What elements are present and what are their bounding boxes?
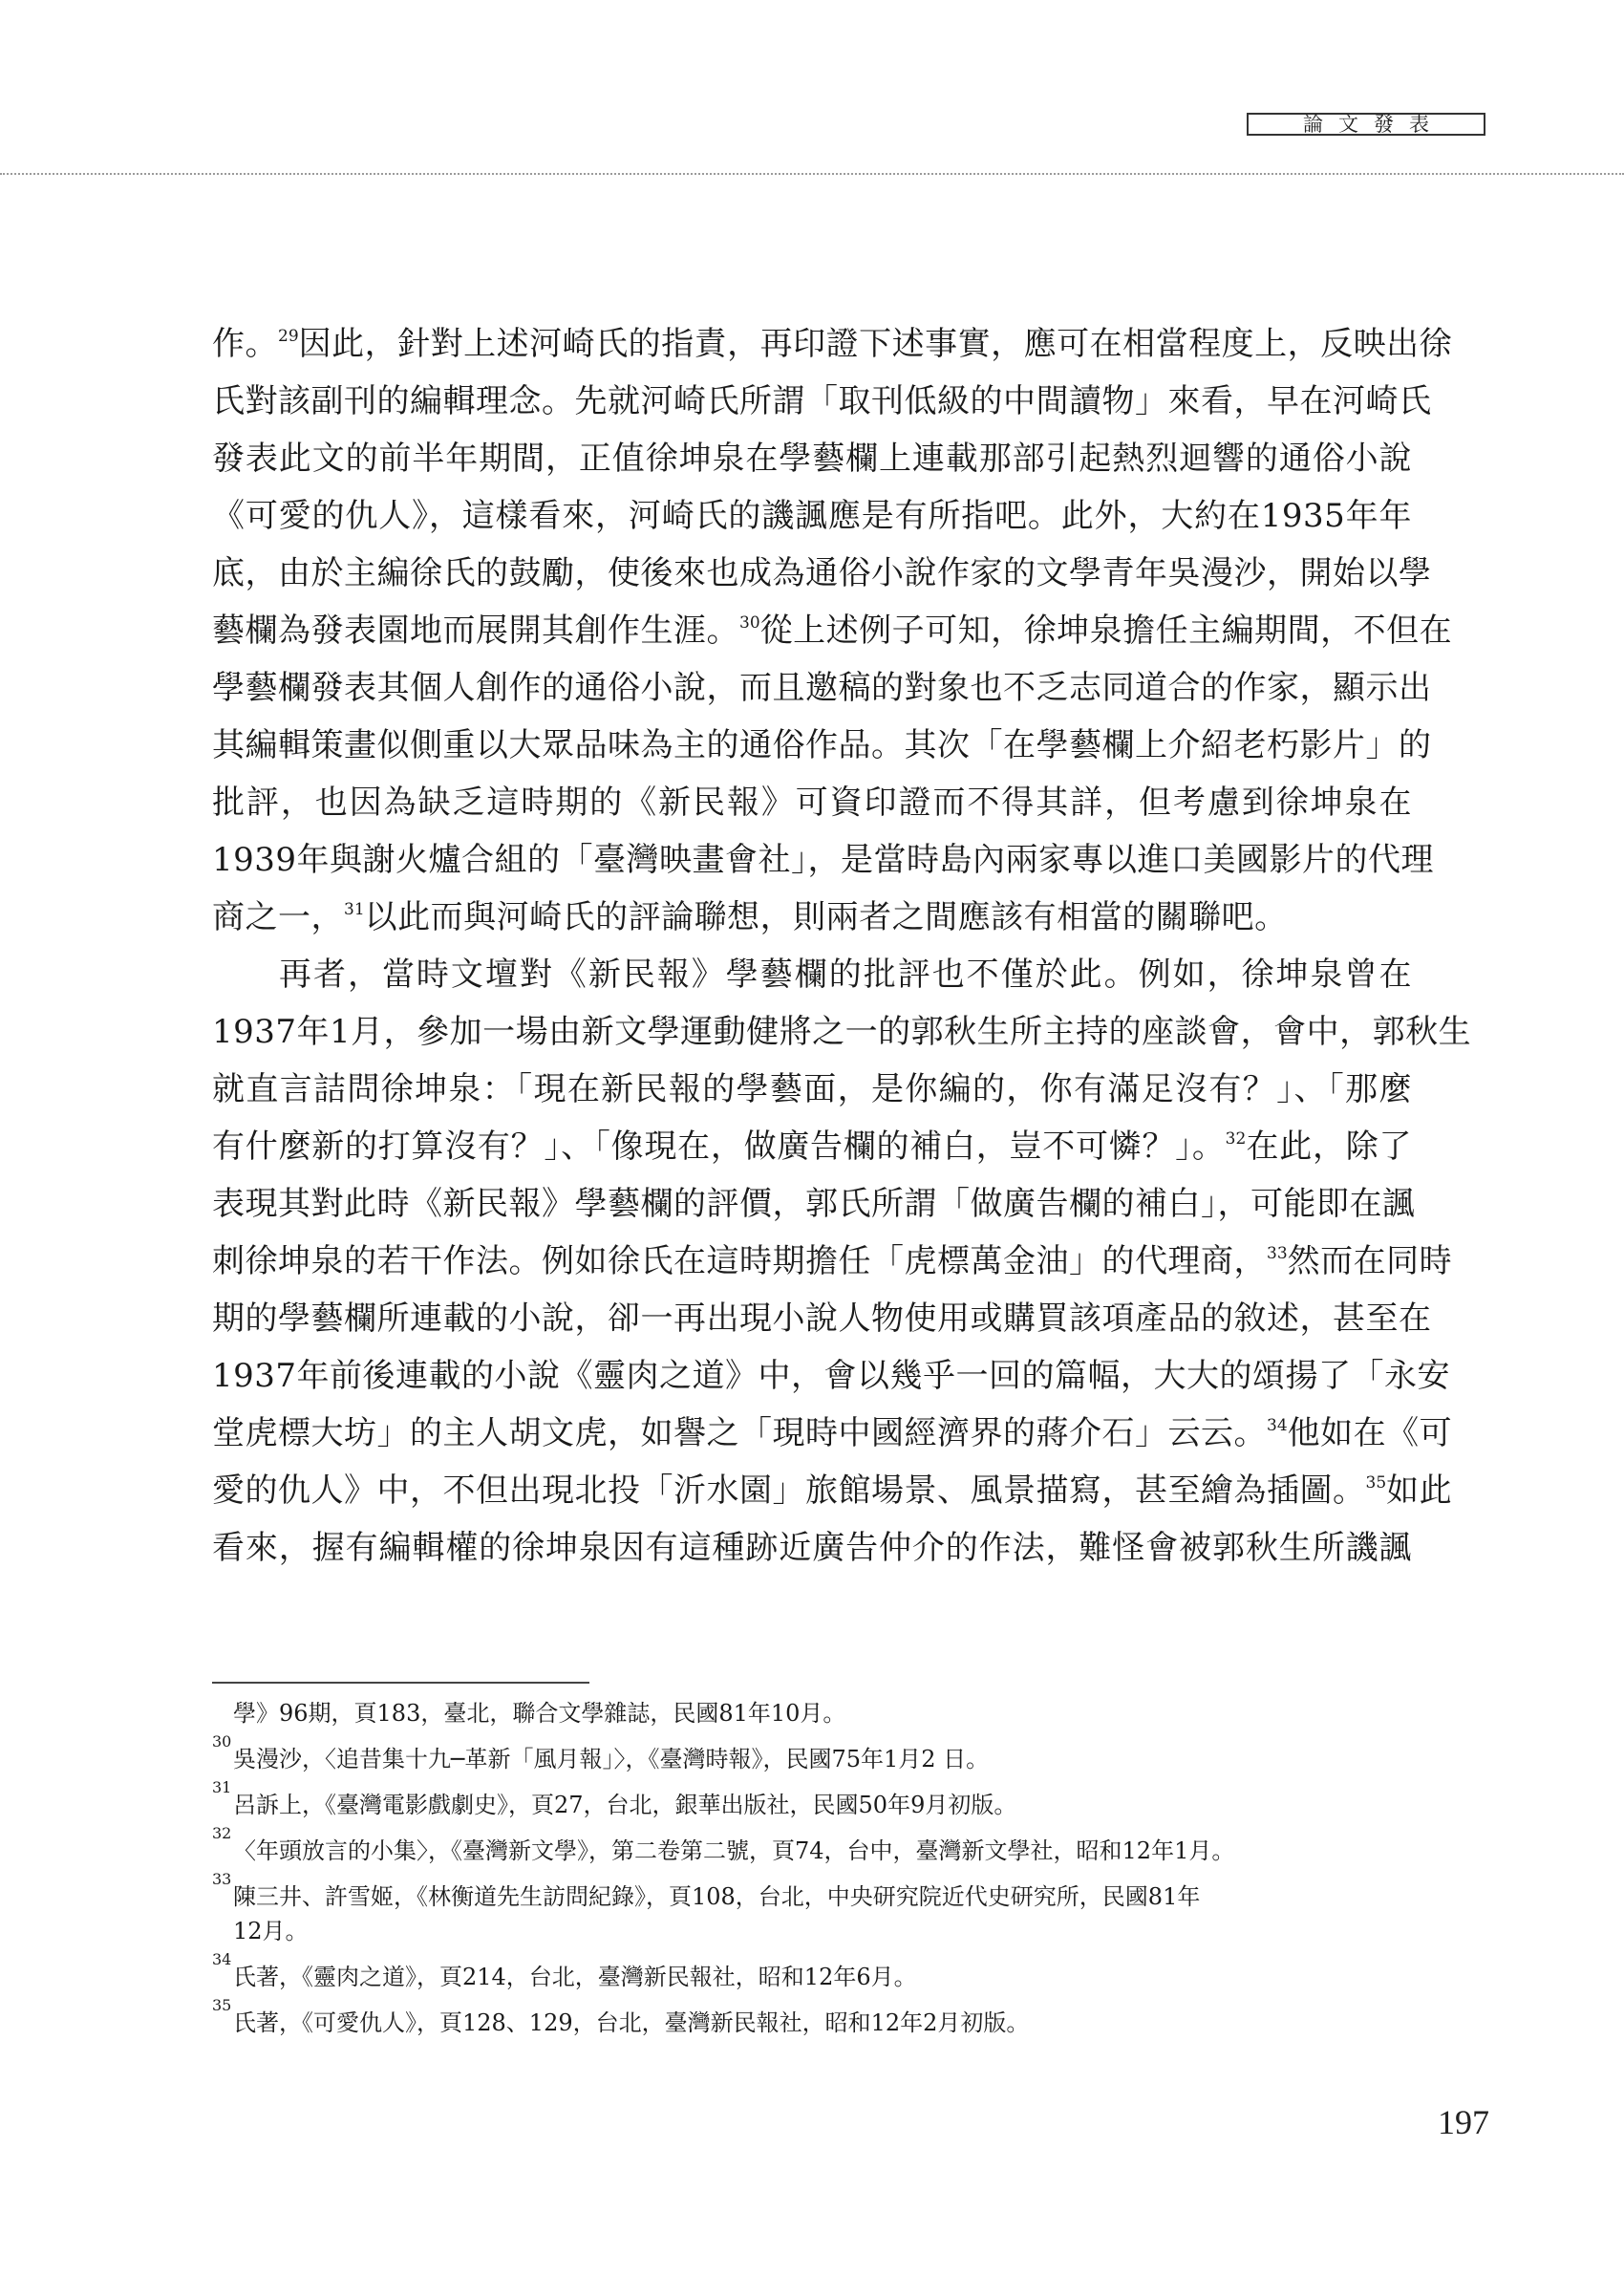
body-line: 作。29因此，針對上述河崎氏的指責，再印證下述事實，應可在相當程度上，反映出徐 xyxy=(212,315,1412,373)
footnote-number: 35 xyxy=(212,1996,231,2015)
header-divider xyxy=(0,173,1624,175)
footnote-ref[interactable]: 33 xyxy=(1267,1244,1288,1263)
footnote-34: 34 氏著，《靈肉之道》，頁214，台北，臺灣新民報社，昭和12年6月。 xyxy=(212,1960,1416,1994)
line-text: 在此，除了 xyxy=(1246,1128,1412,1166)
line-text: 1937年前後連載的小說《靈肉之道》中，會以幾乎一回的篇幅，大大的頌揚了「永安 xyxy=(212,1357,1450,1395)
body-line: 就直言詰問徐坤泉：「現在新民報的學藝面，是你編的，你有滿足沒有？」、「那麼 xyxy=(212,1061,1412,1118)
line-text: 表現其對此時《新民報》學藝欄的評價，郭氏所謂「做廣告欄的補白」，可能即在諷 xyxy=(212,1185,1416,1223)
footnote-ref[interactable]: 29 xyxy=(278,327,299,346)
footnote-35: 35 氏著，《可愛仇人》，頁128、129，台北，臺灣新民報社，昭和12年2月初… xyxy=(212,2006,1416,2040)
footnote-ref[interactable]: 35 xyxy=(1366,1473,1387,1493)
footnote-ref[interactable]: 30 xyxy=(739,613,760,633)
footnote-ref[interactable]: 34 xyxy=(1267,1416,1288,1435)
footnote-text: 氏著，《可愛仇人》，頁128、129，台北，臺灣新民報社，昭和12年2月初版。 xyxy=(233,2009,1029,2036)
line-text: 他如在《可 xyxy=(1288,1414,1453,1452)
line-text: 藝欄為發表園地而展開其創作生涯。 xyxy=(212,612,739,650)
body-line: 表現其對此時《新民報》學藝欄的評價，郭氏所謂「做廣告欄的補白」，可能即在諷 xyxy=(212,1175,1412,1233)
footnote-30: 30 吳漫沙，〈追昔集十九─革新「風月報」〉，《臺灣時報》，民國75年1月2 日… xyxy=(212,1742,1416,1776)
footnote-33: 33 陳三井、許雪姬，《林衡道先生訪問紀錄》，頁108，台北，中央研究院近代史研… xyxy=(212,1880,1416,1948)
body-line: 期的學藝欄所連載的小說，卻一再出現小說人物使用或購買該項產品的敘述，甚至在 xyxy=(212,1290,1412,1347)
body-line: 發表此文的前半年期間，正值徐坤泉在學藝欄上連載那部引起熱烈迴響的通俗小說 xyxy=(212,430,1412,487)
body-text: 作。29因此，針對上述河崎氏的指責，再印證下述事實，應可在相當程度上，反映出徐 … xyxy=(212,315,1412,1577)
line-text: 批評，也因為缺乏這時期的《新民報》可資印證而不得其詳，但考慮到徐坤泉在 xyxy=(212,784,1412,822)
line-text: 其編輯策畫似側重以大眾品味為主的通俗作品。其次「在學藝欄上介紹老朽影片」的 xyxy=(212,726,1432,764)
body-line: 商之一，31以此而與河崎氏的評論聯想，則兩者之間應該有相當的關聯吧。 xyxy=(212,889,1412,946)
body-line: 底，由於主編徐氏的鼓勵，使後來也成為通俗小說作家的文學青年吳漫沙，開始以學 xyxy=(212,545,1412,602)
footnote-divider xyxy=(212,1682,589,1684)
footnotes: 學》96期，頁183，臺北，聯合文學雜誌，民國81年10月。 30 吳漫沙，〈追… xyxy=(212,1696,1416,2051)
footnote-text-continued: 12月。 xyxy=(233,1914,1416,1948)
footnote-text: 陳三井、許雪姬，《林衡道先生訪問紀錄》，頁108，台北，中央研究院近代史研究所，… xyxy=(233,1883,1200,1910)
body-line: 1939年與謝火爐合組的「臺灣映畫會社」，是當時島內兩家專以進口美國影片的代理 xyxy=(212,831,1412,889)
footnote-text: 呂訴上，《臺灣電影戲劇史》，頁27，台北，銀華出版社，民國50年9月初版。 xyxy=(233,1792,1016,1818)
footnote-number: 31 xyxy=(212,1778,231,1797)
line-text: 看來，握有編輯權的徐坤泉因有這種跡近廣告仲介的作法，難怪會被郭秋生所譏諷 xyxy=(212,1529,1412,1567)
footnote-text: 氏著，《靈肉之道》，頁214，台北，臺灣新民報社，昭和12年6月。 xyxy=(233,1964,917,1990)
body-line: 學藝欄發表其個人創作的通俗小說，而且邀稿的對象也不乏志同道合的作家，顯示出 xyxy=(212,659,1412,717)
line-text: 堂虎標大坊」的主人胡文虎，如譽之「現時中國經濟界的蔣介石」云云。 xyxy=(212,1414,1267,1452)
body-line: 愛的仇人》中，不但出現北投「沂水園」旅館場景、風景描寫，甚至繪為插圖。35如此 xyxy=(212,1462,1412,1519)
line-text: 如此 xyxy=(1386,1471,1452,1510)
body-line: 氏對該副刊的編輯理念。先就河崎氏所謂「取刊低級的中間讀物」來看，早在河崎氏 xyxy=(212,373,1412,430)
section-tag: 論文發表 xyxy=(1247,113,1485,136)
body-line: 藝欄為發表園地而展開其創作生涯。30從上述例子可知，徐坤泉擔任主編期間，不但在 xyxy=(212,602,1412,659)
body-line: 刺徐坤泉的若干作法。例如徐氏在這時期擔任「虎標萬金油」的代理商，33然而在同時 xyxy=(212,1233,1412,1290)
footnote-number: 32 xyxy=(212,1824,231,1843)
line-text: 《可愛的仇人》，這樣看來，河崎氏的譏諷應是有所指吧。此外，大約在1935年年 xyxy=(212,497,1412,535)
footnote-text: 學》96期，頁183，臺北，聯合文學雜誌，民國81年10月。 xyxy=(233,1700,845,1727)
footnote-31: 31 呂訴上，《臺灣電影戲劇史》，頁27，台北，銀華出版社，民國50年9月初版。 xyxy=(212,1788,1416,1822)
body-line: 其編輯策畫似側重以大眾品味為主的通俗作品。其次「在學藝欄上介紹老朽影片」的 xyxy=(212,717,1412,774)
line-text: 氏對該副刊的編輯理念。先就河崎氏所謂「取刊低級的中間讀物」來看，早在河崎氏 xyxy=(212,382,1432,420)
body-line: 1937年1月，參加一場由新文學運動健將之一的郭秋生所主持的座談會，會中，郭秋生 xyxy=(212,1003,1412,1061)
line-text: 從上述例子可知，徐坤泉擔任主編期間，不但在 xyxy=(760,612,1453,650)
line-text: 然而在同時 xyxy=(1288,1242,1453,1280)
footnote-number: 34 xyxy=(212,1950,231,1969)
footnote-text: 〈年頭放言的小集〉，《臺灣新文學》，第二卷第二號，頁74，台中，臺灣新文學社，昭… xyxy=(233,1837,1234,1864)
footnote-number: 30 xyxy=(212,1732,231,1751)
footnote-ref[interactable]: 32 xyxy=(1226,1129,1247,1149)
line-text: 再者，當時文壇對《新民報》學藝欄的批評也不僅於此。例如，徐坤泉曾在 xyxy=(279,956,1412,994)
line-text: 以此而與河崎氏的評論聯想，則兩者之間應該有相當的關聯吧。 xyxy=(365,898,1288,936)
body-line: 《可愛的仇人》，這樣看來，河崎氏的譏諷應是有所指吧。此外，大約在1935年年 xyxy=(212,487,1412,545)
body-line: 堂虎標大坊」的主人胡文虎，如譽之「現時中國經濟界的蔣介石」云云。34他如在《可 xyxy=(212,1405,1412,1462)
line-text: 學藝欄發表其個人創作的通俗小說，而且邀稿的對象也不乏志同道合的作家，顯示出 xyxy=(212,669,1432,707)
body-line: 看來，握有編輯權的徐坤泉因有這種跡近廣告仲介的作法，難怪會被郭秋生所譏諷 xyxy=(212,1519,1412,1577)
paragraph-start-line: 再者，當時文壇對《新民報》學藝欄的批評也不僅於此。例如，徐坤泉曾在 xyxy=(212,946,1412,1003)
body-line: 1937年前後連載的小說《靈肉之道》中，會以幾乎一回的篇幅，大大的頌揚了「永安 xyxy=(212,1347,1412,1405)
footnote-number: 33 xyxy=(212,1870,231,1889)
line-text: 1937年1月，參加一場由新文學運動健將之一的郭秋生所主持的座談會，會中，郭秋生 xyxy=(212,1013,1471,1051)
line-text: 1939年與謝火爐合組的「臺灣映畫會社」，是當時島內兩家專以進口美國影片的代理 xyxy=(212,841,1434,879)
body-line: 批評，也因為缺乏這時期的《新民報》可資印證而不得其詳，但考慮到徐坤泉在 xyxy=(212,774,1412,831)
footnote-continued: 學》96期，頁183，臺北，聯合文學雜誌，民國81年10月。 xyxy=(212,1696,1416,1730)
line-text: 發表此文的前半年期間，正值徐坤泉在學藝欄上連載那部引起熱烈迴響的通俗小說 xyxy=(212,440,1412,478)
page-number: 197 xyxy=(1438,2102,1489,2142)
line-text: 底，由於主編徐氏的鼓勵，使後來也成為通俗小說作家的文學青年吳漫沙，開始以學 xyxy=(212,554,1432,592)
line-text: 刺徐坤泉的若干作法。例如徐氏在這時期擔任「虎標萬金油」的代理商， xyxy=(212,1242,1267,1280)
line-text: 就直言詰問徐坤泉：「現在新民報的學藝面，是你編的，你有滿足沒有？」、「那麼 xyxy=(212,1070,1412,1108)
footnote-ref[interactable]: 31 xyxy=(344,900,365,919)
line-text: 商之一， xyxy=(212,898,344,936)
footnote-32: 32 〈年頭放言的小集〉，《臺灣新文學》，第二卷第二號，頁74，台中，臺灣新文學… xyxy=(212,1834,1416,1868)
line-text: 因此，針對上述河崎氏的指責，再印證下述事實，應可在相當程度上，反映出徐 xyxy=(299,325,1453,363)
line-text: 期的學藝欄所連載的小說，卻一再出現小說人物使用或購買該項產品的敘述，甚至在 xyxy=(212,1300,1432,1338)
line-text: 作。 xyxy=(212,325,278,363)
line-text: 愛的仇人》中，不但出現北投「沂水園」旅館場景、風景描寫，甚至繪為插圖。 xyxy=(212,1471,1366,1510)
body-line: 有什麼新的打算沒有？」、「像現在，做廣告欄的補白，豈不可憐？」。32在此，除了 xyxy=(212,1118,1412,1175)
line-text: 有什麼新的打算沒有？」、「像現在，做廣告欄的補白，豈不可憐？」。 xyxy=(212,1128,1226,1166)
footnote-text: 吳漫沙，〈追昔集十九─革新「風月報」〉，《臺灣時報》，民國75年1月2 日。 xyxy=(233,1746,989,1772)
